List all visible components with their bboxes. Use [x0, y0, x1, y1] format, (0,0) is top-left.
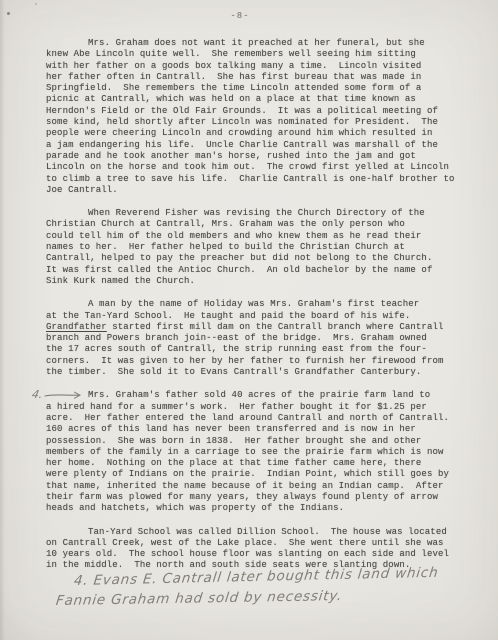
handwritten-margin-mark: 4.	[32, 388, 86, 401]
scan-speck	[35, 3, 37, 5]
page-edge-shadow	[0, 0, 5, 640]
handwritten-footnote-line-2: Fannie Graham had sold by necessity.	[55, 588, 343, 609]
page-content: Mrs. Graham does not want it preached at…	[46, 38, 460, 584]
scanned-document-page: -8- Mrs. Graham does not want it preache…	[0, 0, 498, 640]
paragraph-lincoln-memories: Mrs. Graham does not want it preached at…	[46, 38, 460, 196]
paragraph-prairie-farm: Mrs. Graham's father sold 40 acres of th…	[46, 390, 460, 514]
paragraph-mill-dam: A man by the name of Holiday was Mrs. Gr…	[46, 299, 460, 378]
margin-mark-number: 4.	[31, 388, 44, 401]
page-number: -8-	[0, 11, 498, 21]
margin-arrow-icon	[44, 389, 86, 401]
paragraph-mill-dam-pre: A man by the name of Holiday was Mrs. Gr…	[46, 299, 419, 320]
underlined-word-grandfather: Grandfather	[46, 322, 107, 332]
paragraph-church-directory: When Reverend Fisher was revising the Ch…	[46, 208, 460, 287]
